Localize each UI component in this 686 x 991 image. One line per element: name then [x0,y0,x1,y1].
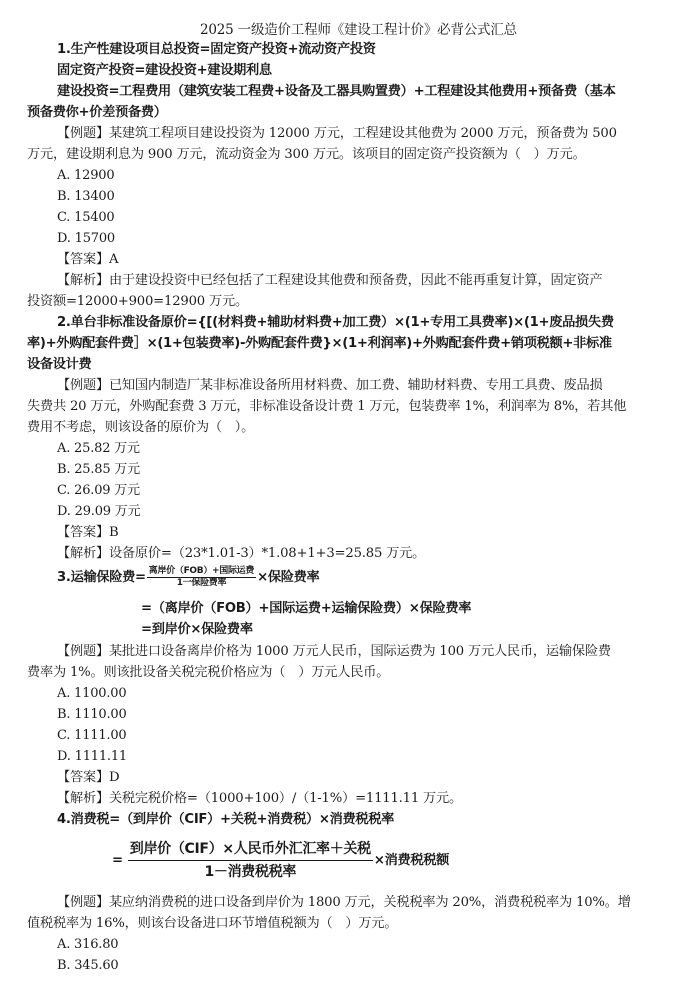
option-c: C. 15400 [57,208,115,228]
answer: 【答案】A [57,250,118,270]
option-d: D. 15700 [57,229,115,249]
document-page: 2025 一级造价工程师《建设工程计价》必背公式汇总 1.生产性建设项目总投资=… [0,0,686,991]
option-b: B. 345.60 [57,956,119,976]
formula-prefix: = [112,851,123,871]
example-line: 费率为 1%。则该批设备关税完税价格应为（ ）万元人民币。 [27,663,389,683]
example-line: 【例题】某建筑工程项目建设投资为 12000 万元，工程建设其他费为 2000 … [57,124,617,144]
analysis-line: 【解析】关税完税价格=（1000+100）/（1-1%）=1111.11 万元。 [57,789,462,809]
example-line: 费用不考虑，则该设备的原价为（ ）。 [27,418,254,438]
formula-line: 固定资产投资=建设投资+建设期利息 [57,61,272,81]
option-a: A. 316.80 [57,935,118,955]
analysis-line: 【解析】由于建设投资中已经包括了工程建设其他费和预备费，因此不能再重复计算，固定… [57,271,602,291]
example-line: 【例题】某应纳消费税的进口设备到岸价为 1800 万元，关税税率为 20%，消费… [57,893,631,913]
document-title: 2025 一级造价工程师《建设工程计价》必背公式汇总 [200,20,517,40]
formula-line-fraction: = 到岸价（CIF）×人民币外汇汇率＋关税 1－消费税税率 ×消费税税额 [112,838,449,883]
example-line: 失费共 20 万元，外购配套费 3 万元，非标准设备设计费 1 万元，包装费率 … [27,397,626,417]
formula-line: 预备费你+价差预备费） [27,103,167,123]
option-a: A. 12900 [57,166,114,186]
formula-prefix: 3.运输保险费= [57,568,146,588]
example-line: 【例题】某批进口设备离岸价格为 1000 万元人民币，国际运费为 100 万元人… [57,642,611,662]
option-b: B. 25.85 万元 [57,460,140,480]
fraction-numerator: 离岸价（FOB）+国际运费 [147,566,256,578]
answer: 【答案】B [57,523,118,543]
formula-suffix: ×消费税税额 [374,851,449,871]
formula-suffix: ×保险费率 [257,568,319,588]
analysis-line: 投资额=12000+900=12900 万元。 [27,292,248,312]
option-b: B. 1110.00 [57,705,127,725]
formula-line: 率)+外购配套件费］×(1+包装费率)-外购配套件费}×(1+利润率)+外购配套… [27,334,612,354]
fraction: 到岸价（CIF）×人民币外汇汇率＋关税 1－消费税税率 [128,838,373,883]
formula-line-fraction: 3.运输保险费= 离岸价（FOB）+国际运费 1一保险费率 ×保险费率 [57,566,319,589]
option-d: D. 1111.11 [57,747,127,767]
option-c: C. 26.09 万元 [57,481,140,501]
option-b: B. 13400 [57,187,115,207]
fraction: 离岸价（FOB）+国际运费 1一保险费率 [147,566,256,589]
option-c: C. 1111.00 [57,726,127,746]
example-line: 值税税率为 16%，则该台设备进口环节增值税额为（ ）万元。 [27,914,397,934]
option-d: D. 29.09 万元 [57,502,140,522]
formula-line: =（离岸价（FOB）+国际运费+运输保险费）×保险费率 [141,599,471,619]
example-line: 【例题】已知国内制造厂某非标准设备所用材料费、加工费、辅助材料费、专用工具费、废… [57,376,602,396]
analysis-line: 【解析】设备原价=（23*1.01-3）*1.08+1+3=25.85 万元。 [57,544,425,564]
fraction-denominator: 1一保险费率 [175,578,228,589]
example-line: 万元，建设期利息为 900 万元，流动资金为 300 万元。该项目的固定资产投资… [27,145,586,165]
answer: 【答案】D [57,768,119,788]
formula-line: 设备设计费 [27,355,91,375]
formula-line: 1.生产性建设项目总投资=固定资产投资+流动资产投资 [57,40,376,60]
formula-line: 2.单台非标准设备原价={[(材料费+辅助材料费+加工费）×(1+专用工具费率)… [57,313,614,333]
fraction-denominator: 1－消费税税率 [202,861,298,883]
formula-line: =到岸价×保险费率 [141,620,253,640]
formula-line: 建设投资=工程费用（建筑安装工程费+设备及工器具购置费）+工程建设其他费用+预备… [57,82,616,102]
option-a: A. 25.82 万元 [57,439,140,459]
formula-line: 4.消费税=（到岸价（CIF）+关税+消费税）×消费税税率 [57,810,394,830]
option-a: A. 1100.00 [57,684,126,704]
fraction-numerator: 到岸价（CIF）×人民币外汇汇率＋关税 [128,838,373,861]
